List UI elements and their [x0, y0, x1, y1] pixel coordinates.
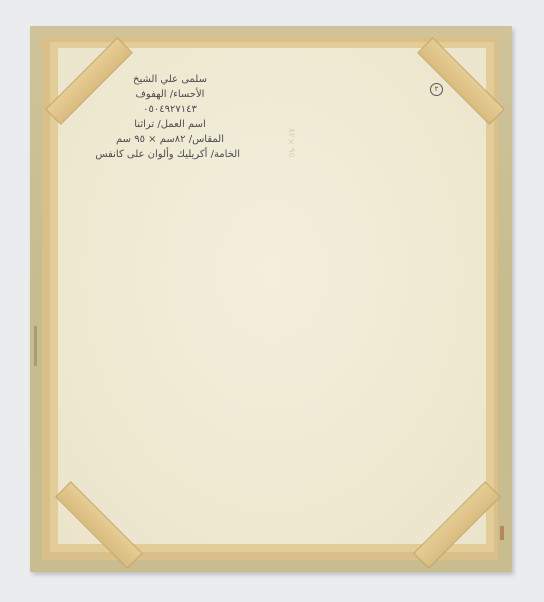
- artist-inscription: سلمى علي الشيخ الأحساء/ الهفوف ٠٥٠٤٩٢٧١٤…: [100, 72, 240, 162]
- frame-wear-right: [500, 526, 504, 540]
- circled-number-mark: ٢: [430, 83, 443, 96]
- faint-pencil-marks: ٩٥×٨٢: [286, 128, 296, 157]
- inscription-location: الأحساء/ الهفوف: [100, 87, 240, 102]
- inscription-title: اسم العمل/ تراثنا: [100, 117, 240, 132]
- inscription-medium: الخامة/ أكريليك وألوان على كانفس: [100, 147, 240, 162]
- frame-wear-left: [34, 326, 37, 366]
- inscription-artist-name: سلمى علي الشيخ: [100, 72, 240, 87]
- inscription-dimensions: المقاس/ ٨٢سم × ٩٥ سم: [100, 132, 240, 147]
- inscription-phone: ٠٥٠٤٩٢٧١٤٣: [100, 102, 240, 117]
